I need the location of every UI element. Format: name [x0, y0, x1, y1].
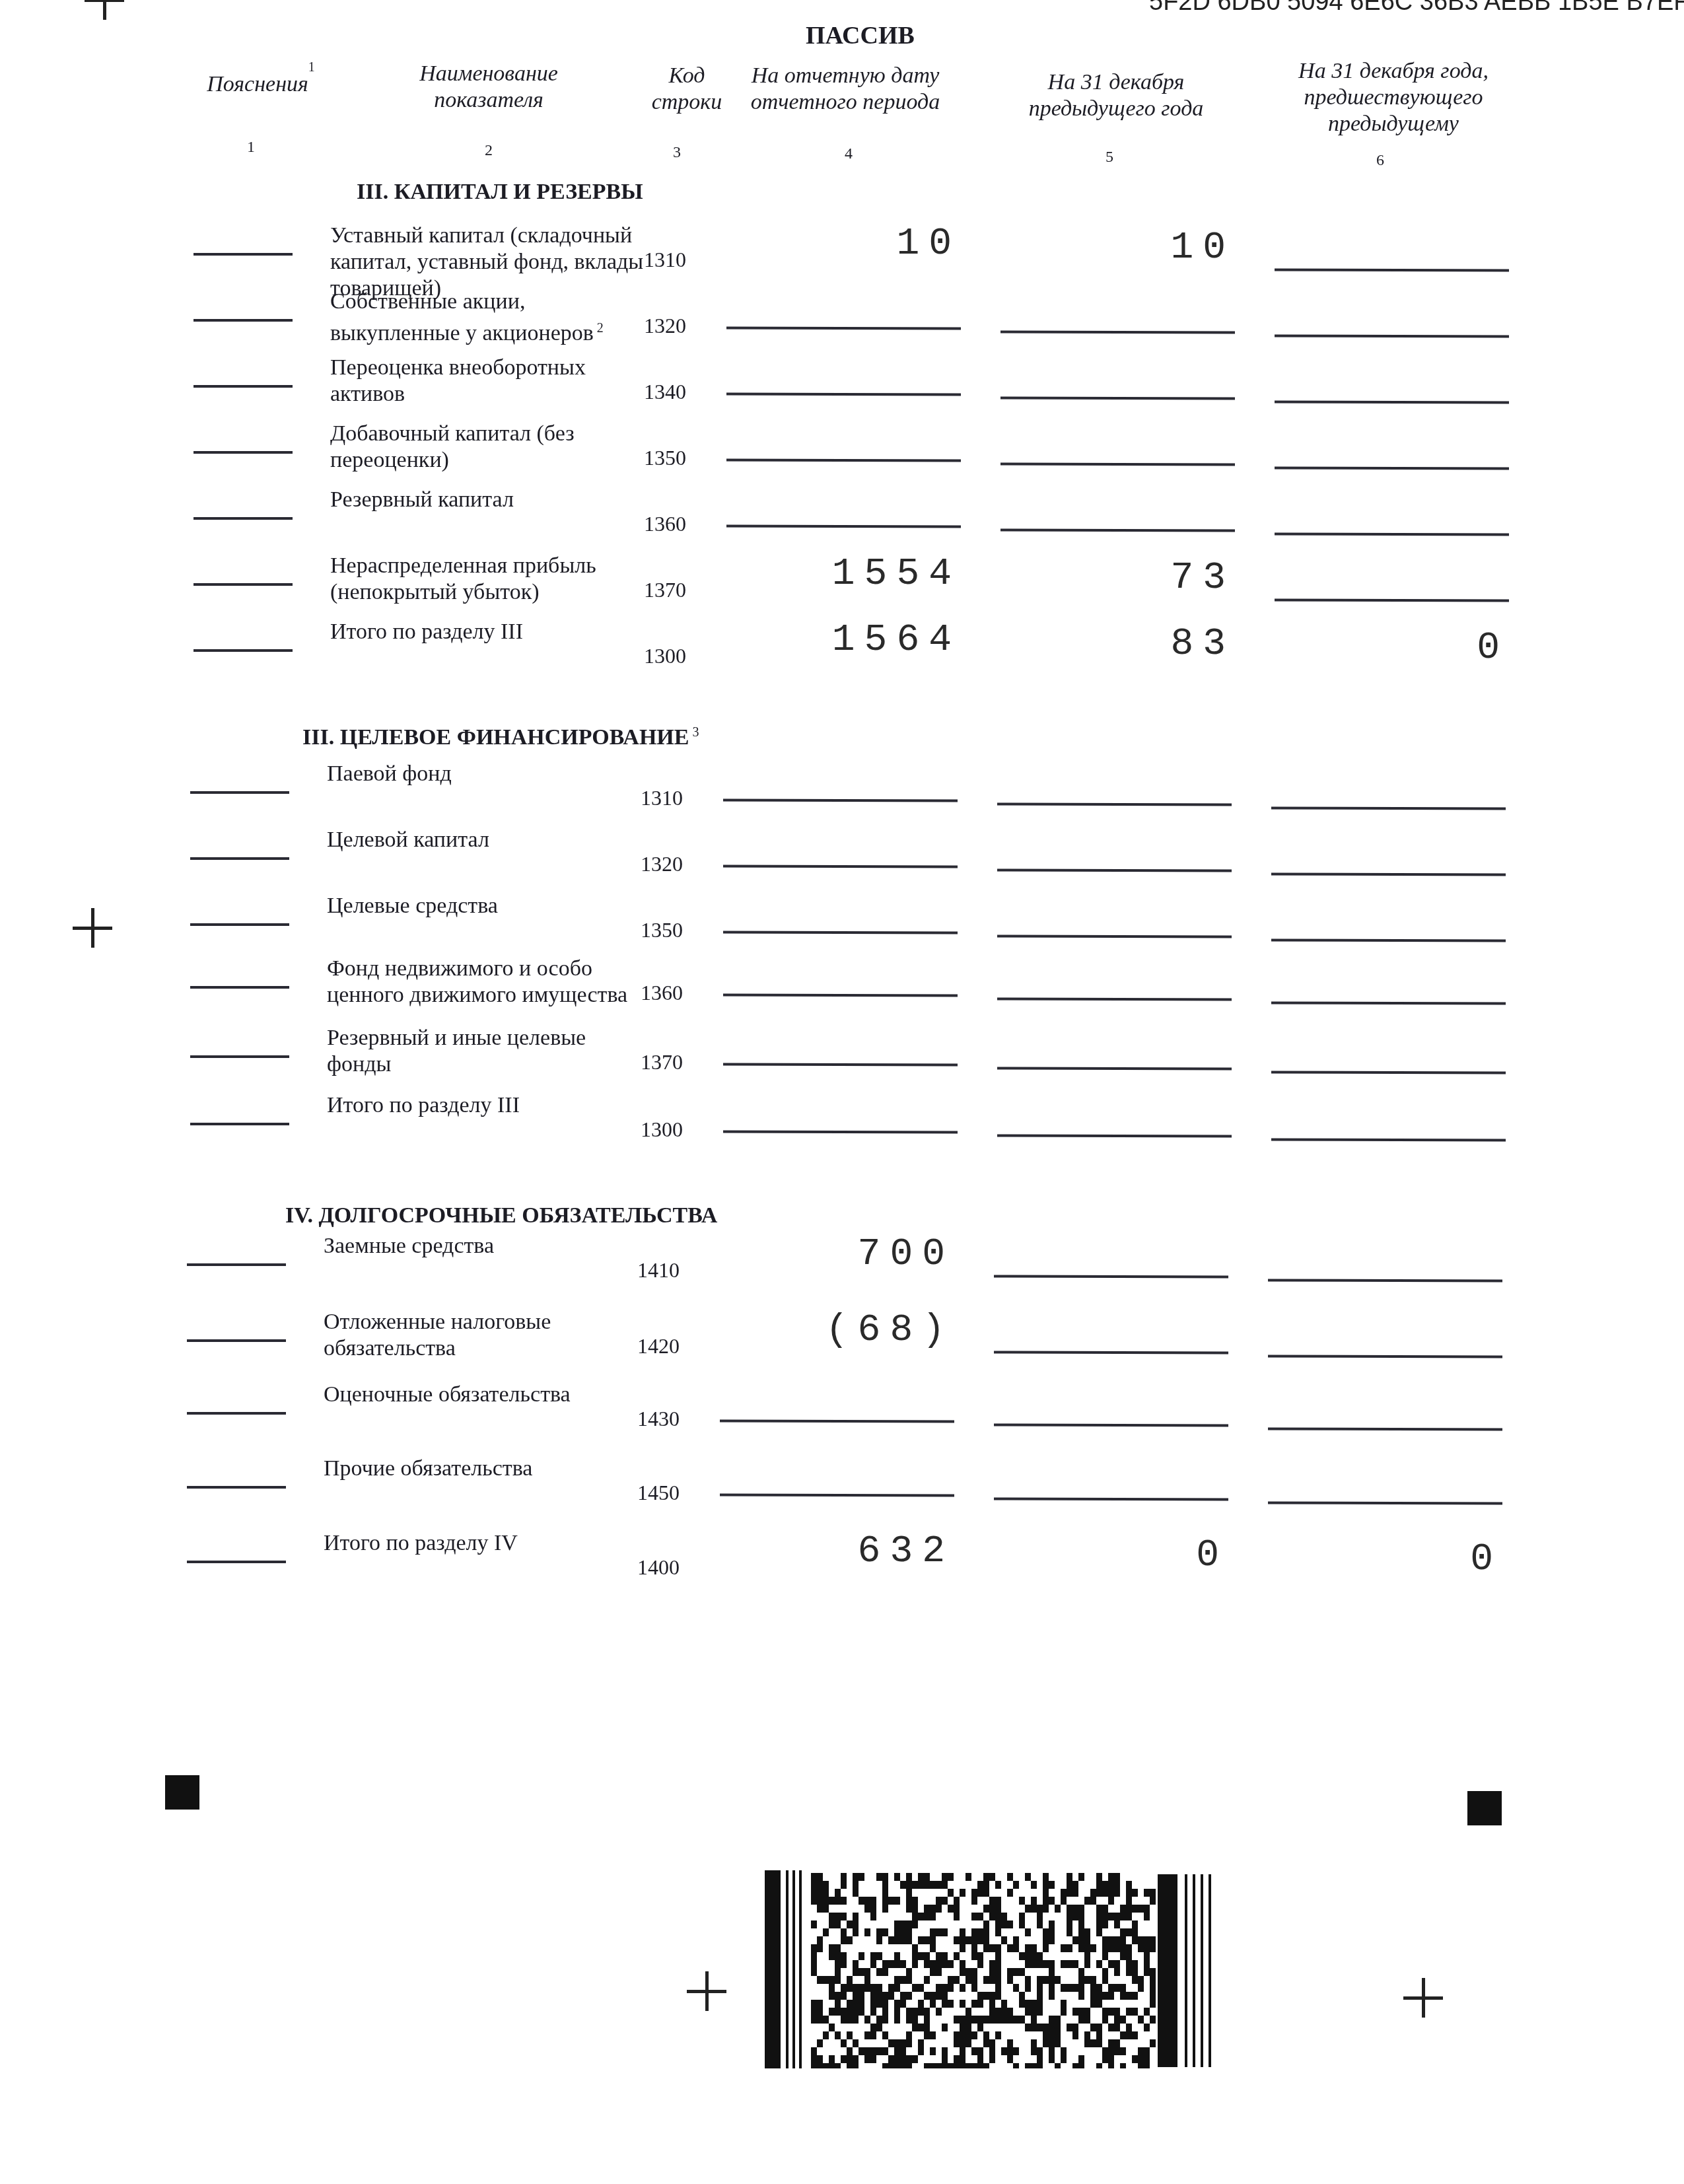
crosshair-mark-icon	[687, 1971, 726, 2011]
cell-blank-current	[723, 994, 958, 997]
row-code: 1400	[637, 1555, 680, 1580]
row-code: 1350	[641, 918, 683, 942]
cell-blank-prev	[994, 1424, 1228, 1427]
cell-blank-prev	[997, 998, 1232, 1001]
column-header-4: На отчетную дату отчетного периода	[733, 63, 958, 116]
cell-blank-prev2	[1271, 1002, 1506, 1005]
explanation-blank	[193, 583, 293, 586]
row-code: 1360	[644, 512, 686, 536]
cell-blank-current	[723, 799, 958, 802]
cell-blank-prev2	[1271, 1139, 1506, 1142]
row-label: Отложенные налоговые обязательства	[324, 1309, 634, 1362]
barcode-icon	[765, 1870, 1227, 2068]
cell-value-current: (68)	[720, 1309, 954, 1352]
row-code: 1350	[644, 446, 686, 470]
row-label: Целевой капитал	[327, 827, 637, 853]
cell-blank-prev2	[1268, 1279, 1502, 1283]
row-code: 1410	[637, 1258, 680, 1283]
footnote-marker: 2	[594, 321, 604, 335]
cell-blank-prev2	[1275, 269, 1509, 272]
cell-blank-prev2	[1268, 1428, 1502, 1431]
cell-blank-prev	[997, 803, 1232, 806]
explanation-blank	[190, 1055, 289, 1058]
section-title: III. ЦЕЛЕВОЕ ФИНАНСИРОВАНИЕ 3	[302, 725, 699, 750]
explanation-blank	[190, 1123, 289, 1125]
cell-value-prev2: 0	[1268, 1538, 1502, 1581]
column-header-2: Наименование показателя	[370, 61, 608, 114]
cell-blank-current	[723, 1063, 958, 1067]
row-label: Нераспределенная прибыль (непокрытый убы…	[330, 553, 641, 606]
cell-blank-current	[726, 393, 961, 396]
cell-blank-current	[726, 525, 961, 528]
row-code: 1310	[644, 248, 686, 272]
cell-value-prev: 0	[994, 1534, 1228, 1577]
cell-value-prev: 10	[1000, 227, 1235, 269]
row-label: Резервный капитал	[330, 487, 641, 513]
row-label: Добавочный капитал (без переоценки)	[330, 421, 641, 474]
cell-blank-current	[726, 459, 961, 462]
cell-blank-current	[720, 1494, 954, 1497]
explanation-blank	[193, 517, 293, 520]
row-code: 1340	[644, 380, 686, 404]
cell-blank-prev	[1000, 529, 1235, 532]
square-marker-icon	[1467, 1791, 1502, 1825]
row-code: 1300	[644, 644, 686, 668]
row-code: 1360	[641, 981, 683, 1005]
cell-blank-prev2	[1268, 1355, 1502, 1358]
explanation-blank	[187, 1486, 286, 1489]
explanation-blank	[187, 1561, 286, 1563]
cell-blank-current	[726, 327, 961, 330]
row-label: Итого по разделу IV	[324, 1530, 634, 1557]
cell-blank-current	[720, 1420, 954, 1423]
row-code: 1370	[644, 578, 686, 602]
cell-blank-current	[723, 1131, 958, 1134]
section-title: III. КАПИТАЛ И РЕЗЕРВЫ	[357, 180, 643, 205]
crosshair-mark-icon	[1403, 1978, 1443, 2018]
explanation-blank	[190, 857, 289, 860]
row-code: 1320	[644, 314, 686, 338]
explanation-blank	[193, 253, 293, 256]
explanation-blank	[190, 986, 289, 989]
row-label: Оценочные обязательства	[324, 1382, 634, 1408]
cell-blank-prev2	[1275, 533, 1509, 536]
cell-value-current: 700	[720, 1233, 954, 1276]
cell-value-prev: 83	[1000, 623, 1235, 666]
column-number-5: 5	[1090, 149, 1129, 166]
row-label: Заемные средства	[324, 1233, 634, 1259]
row-code: 1300	[641, 1117, 683, 1142]
cell-blank-prev	[997, 1135, 1232, 1138]
column-header-5: На 31 декабря предыдущего года	[997, 69, 1235, 122]
footnote-marker: 3	[689, 725, 699, 740]
row-code: 1450	[637, 1481, 680, 1505]
document-id: 5F2D 6DB0 5094 6E6C 36B3 AEBB 1B5E B7EF	[1149, 0, 1684, 17]
page-title: ПАССИВ	[806, 21, 915, 50]
row-label: Резервный и иные целевые фонды	[327, 1025, 637, 1078]
row-code: 1420	[637, 1334, 680, 1358]
footnote-marker: 1	[308, 60, 315, 75]
explanation-blank	[193, 319, 293, 322]
cell-blank-current	[723, 931, 958, 934]
crosshair-mark-icon	[73, 908, 112, 948]
cell-blank-prev	[997, 869, 1232, 872]
cell-blank-prev	[1000, 463, 1235, 466]
row-code: 1320	[641, 852, 683, 876]
explanation-blank	[190, 791, 289, 794]
explanation-blank	[193, 649, 293, 652]
row-label: Переоценка внеоборотных активов	[330, 355, 641, 407]
cell-value-prev: 73	[1000, 557, 1235, 600]
row-label: Итого по разделу III	[330, 619, 641, 645]
cell-blank-prev	[997, 1067, 1232, 1071]
square-marker-icon	[165, 1775, 199, 1810]
cell-blank-current	[723, 865, 958, 868]
cell-value-current: 1564	[726, 619, 961, 662]
cell-blank-prev2	[1271, 939, 1506, 942]
cell-blank-prev	[1000, 397, 1235, 400]
cell-value-current: 1554	[726, 553, 961, 596]
cell-blank-prev2	[1275, 599, 1509, 602]
column-number-2: 2	[469, 142, 509, 160]
cell-blank-prev	[997, 935, 1232, 938]
cell-blank-prev2	[1275, 401, 1509, 404]
cell-blank-prev2	[1271, 807, 1506, 810]
cell-blank-prev	[994, 1498, 1228, 1501]
cell-value-current: 10	[726, 223, 961, 265]
column-header-6: На 31 декабря года, предшествующего пред…	[1255, 58, 1532, 137]
column-number-6: 6	[1360, 152, 1400, 170]
row-label: Целевые средства	[327, 893, 637, 919]
crosshair-mark-icon	[85, 0, 124, 20]
cell-blank-prev2	[1271, 1071, 1506, 1074]
cell-blank-prev	[1000, 331, 1235, 334]
column-header-1: Пояснения1	[198, 66, 324, 98]
explanation-blank	[187, 1412, 286, 1415]
cell-value-current: 632	[720, 1530, 954, 1573]
row-label: Прочие обязательства	[324, 1456, 634, 1482]
cell-blank-prev2	[1271, 873, 1506, 876]
cell-value-prev2: 0	[1275, 627, 1509, 670]
column-header-3: Код строки	[637, 63, 736, 116]
explanation-blank	[193, 385, 293, 388]
row-label: Собственные акции, выкупленные у акционе…	[330, 289, 641, 347]
cell-blank-prev	[994, 1351, 1228, 1355]
explanation-blank	[187, 1339, 286, 1342]
section-title: IV. ДОЛГОСРОЧНЫЕ ОБЯЗАТЕЛЬСТВА	[285, 1203, 717, 1228]
row-code: 1370	[641, 1050, 683, 1074]
explanation-blank	[190, 923, 289, 926]
explanation-blank	[193, 451, 293, 454]
cell-blank-prev2	[1275, 467, 1509, 470]
row-label: Фонд недвижимого и особо ценного движимо…	[327, 956, 637, 1008]
explanation-blank	[187, 1263, 286, 1266]
row-label: Итого по разделу III	[327, 1092, 637, 1119]
cell-blank-prev2	[1268, 1502, 1502, 1505]
row-label: Паевой фонд	[327, 761, 637, 787]
cell-blank-prev2	[1275, 335, 1509, 338]
row-code: 1310	[641, 786, 683, 810]
column-number-3: 3	[657, 144, 697, 162]
cell-blank-prev	[994, 1275, 1228, 1279]
column-number-4: 4	[829, 145, 868, 163]
column-number-1: 1	[231, 139, 271, 157]
row-code: 1430	[637, 1407, 680, 1431]
